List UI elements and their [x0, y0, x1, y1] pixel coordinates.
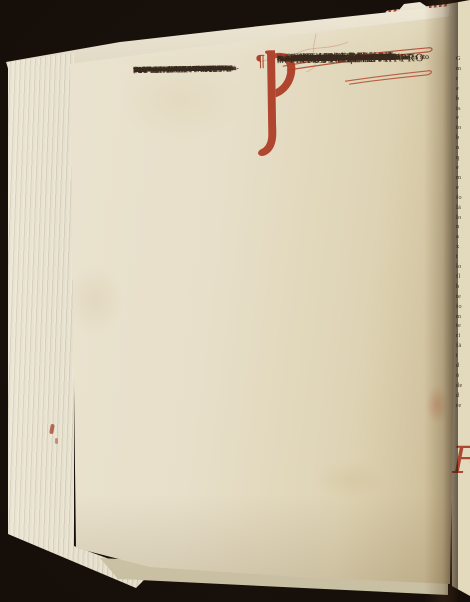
drop-cap-stem [256, 50, 276, 156]
facing-page-text-fragments: G m r e b is e to b n q e m e fo lā lo n… [456, 54, 470, 411]
drop-cap-initial-p [251, 50, 299, 161]
red-ink-showthrough [426, 386, 448, 424]
text-line: tauimus & non saltastis. lamētauimus [133, 65, 230, 75]
fore-edge-red-mark [55, 438, 58, 444]
facing-page-red-initial: F [452, 442, 470, 479]
text-line: illam. Veni sancte spiritus. & ympnum [277, 52, 398, 64]
left-text-column: erit gaudium glorificata carne cum aīa& … [133, 65, 257, 67]
right-text-column: & non plāxistis. Alleluia enim cantatpro… [277, 50, 437, 53]
open-book-photograph: G m r e b is e to b n q e m e fo lā lo n… [0, 0, 470, 602]
swash-bottom [345, 71, 431, 85]
